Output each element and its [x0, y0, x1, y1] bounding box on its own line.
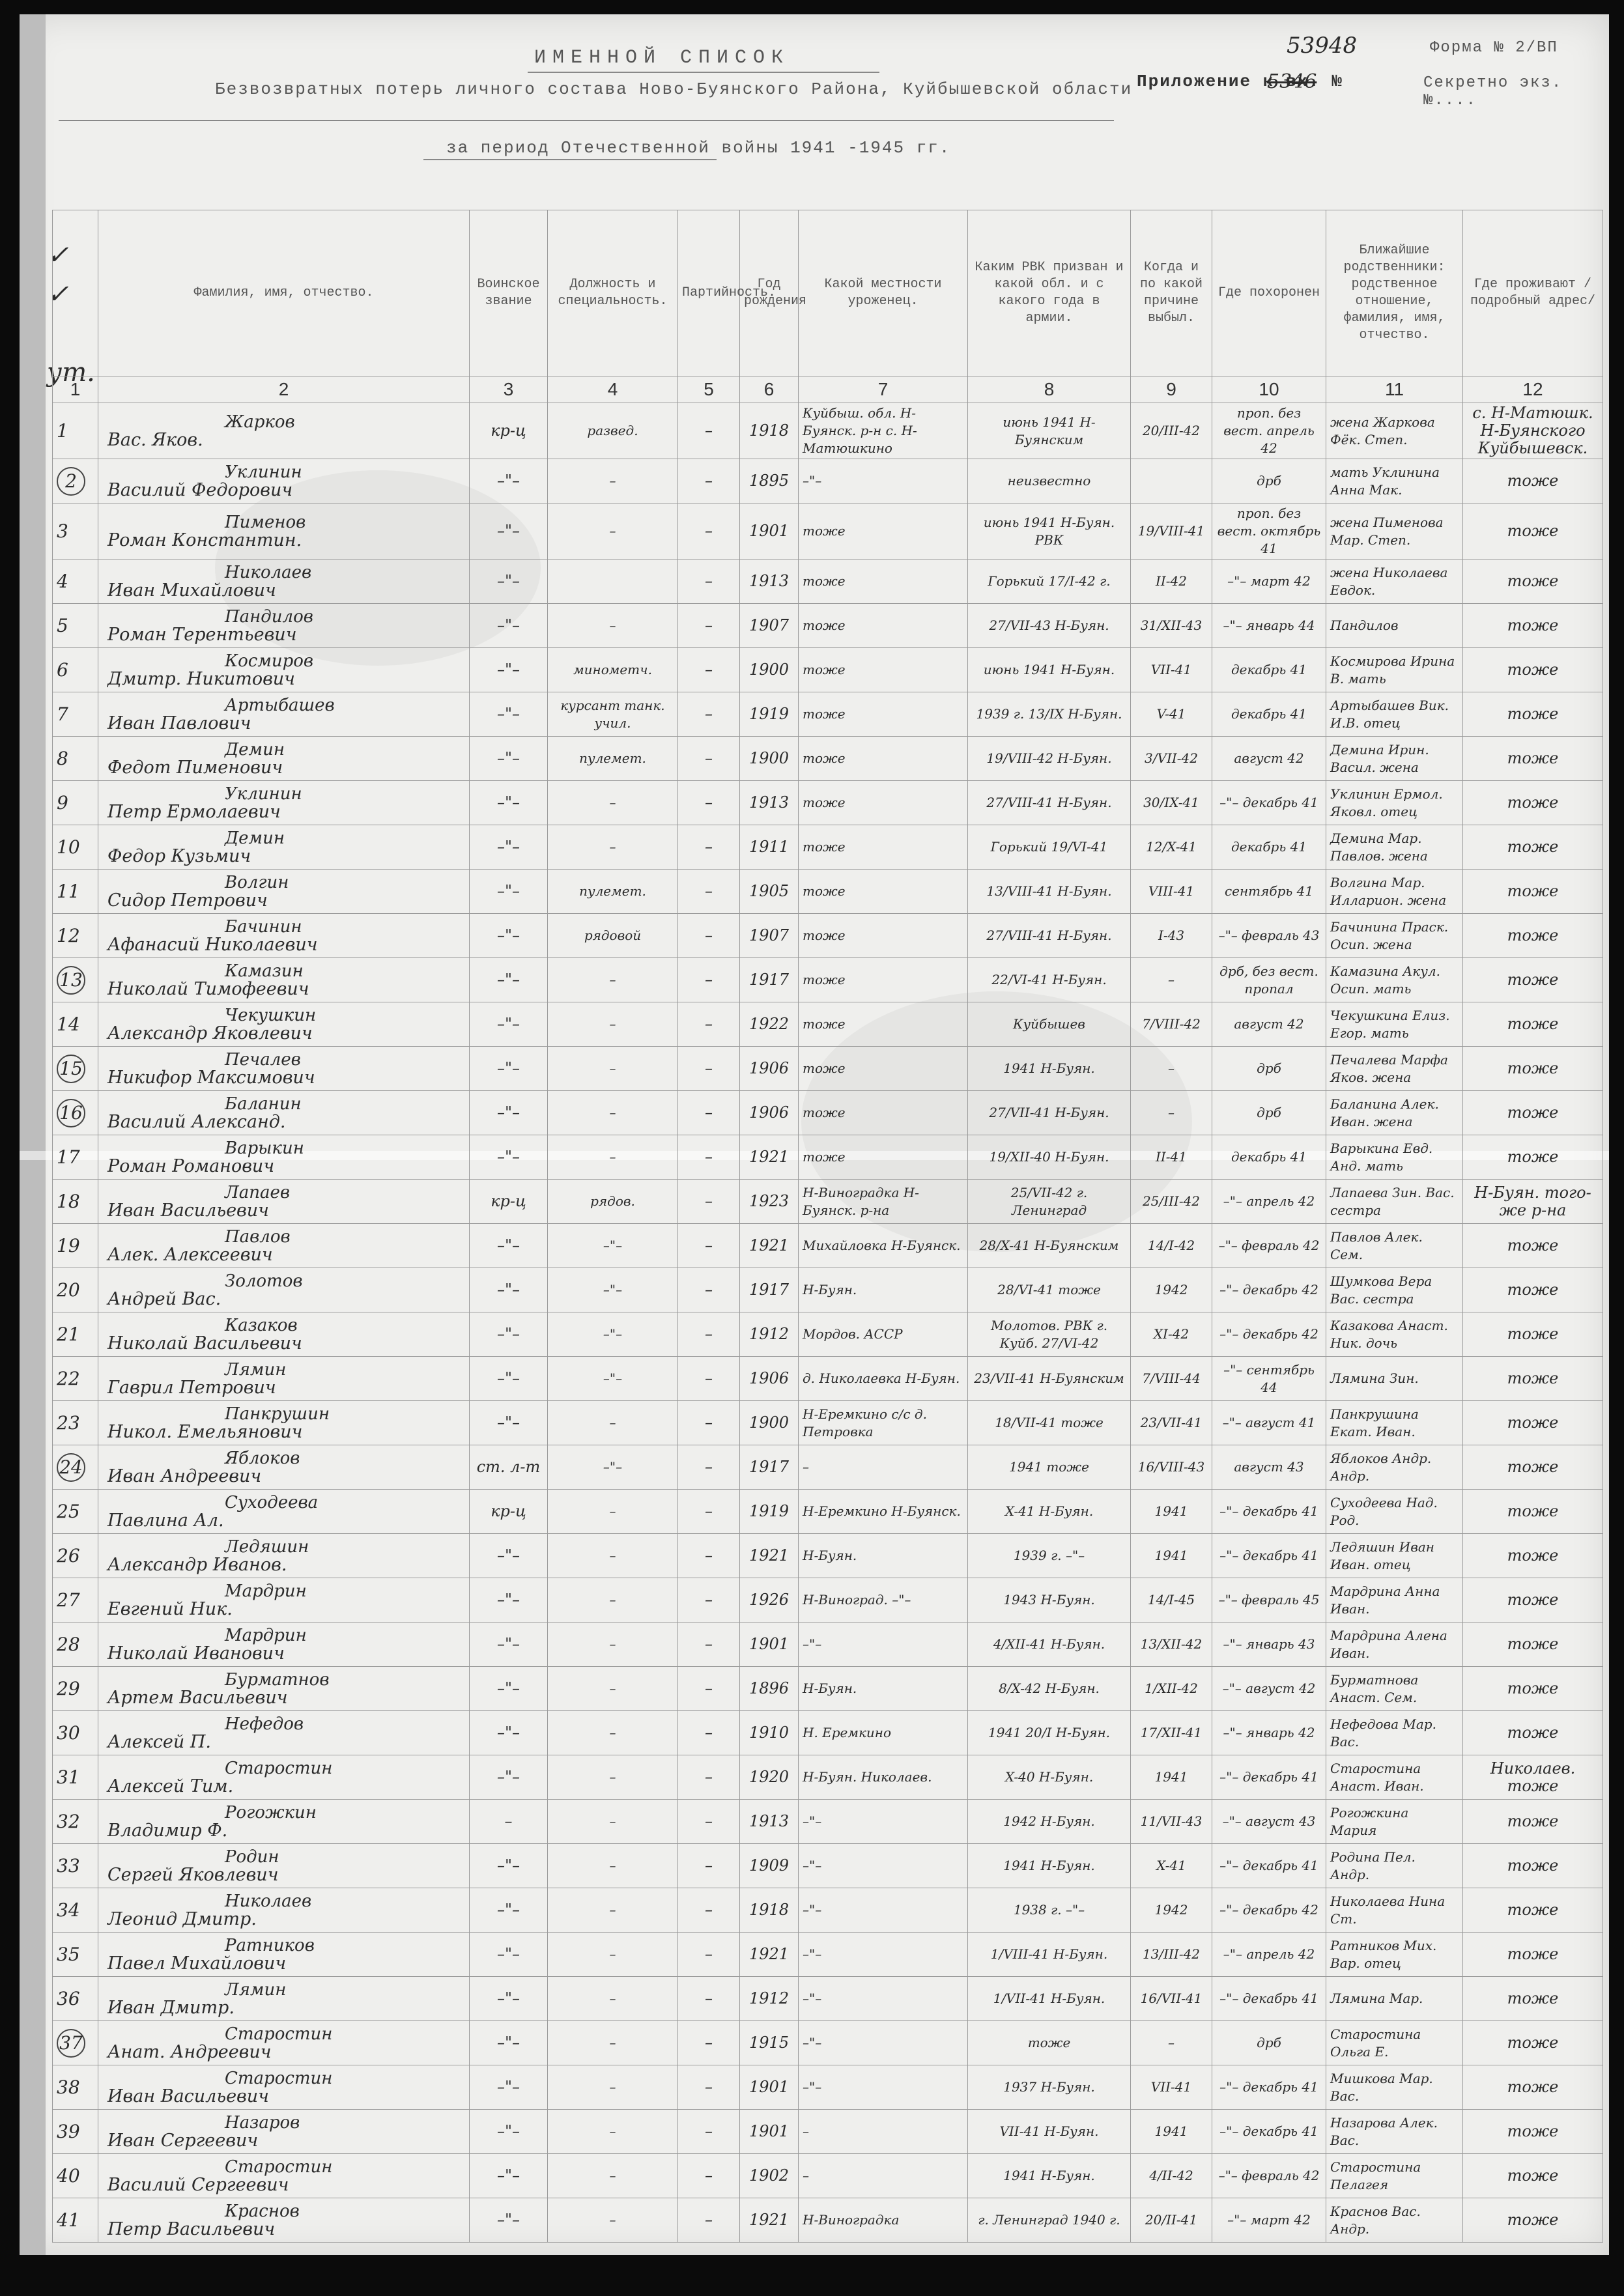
position: пулемет.	[548, 737, 678, 781]
given-names: Дмитр. Никитович	[107, 670, 465, 688]
military-rank: –"–	[470, 1711, 548, 1755]
draft-office: 1941 Н-Буян.	[968, 2154, 1131, 2198]
party-membership: –	[678, 1224, 740, 1268]
full-name: ПименовРоман Константин.	[98, 503, 470, 560]
birth-year: 1900	[740, 648, 799, 692]
draft-office: 4/XII-41 Н-Буян.	[968, 1623, 1131, 1667]
birthplace: тоже	[799, 1002, 968, 1047]
row-number: 23	[53, 1401, 98, 1445]
table-row: 14ЧекушкинАлександр Яковлевич–"–––1922то…	[53, 1002, 1603, 1047]
surname: Камазин	[107, 963, 465, 980]
table-row: 9УклининПетр Ермолаевич–"–––1913тоже27/V…	[53, 781, 1603, 825]
given-names: Иван Васильевич	[107, 2088, 465, 2105]
date-of-loss: 1/XII-42	[1131, 1667, 1212, 1711]
given-names: Никифор Максимович	[107, 1069, 465, 1086]
full-name: НиколаевЛеонид Дмитр.	[98, 1888, 470, 1933]
position: –	[548, 1578, 678, 1623]
table-row: 28МардринНиколай Иванович–"–––1901–"–4/X…	[53, 1623, 1603, 1667]
birth-year: 1913	[740, 560, 799, 604]
table-row: 40СтаростинВасилий Сергеевич–"–––1902–19…	[53, 2154, 1603, 2198]
military-rank: –"–	[470, 1933, 548, 1977]
relative-address: тоже	[1463, 1002, 1603, 1047]
relative-address: тоже	[1463, 1135, 1603, 1180]
date-of-loss: 17/XII-41	[1131, 1711, 1212, 1755]
surname: Старостин	[107, 2026, 465, 2043]
date-of-loss: 19/VIII-41	[1131, 503, 1212, 560]
surname: Мардрин	[107, 1583, 465, 1600]
row-number: 33	[53, 1844, 98, 1888]
party-membership: –	[678, 2198, 740, 2243]
party-membership: –	[678, 1401, 740, 1445]
date-of-loss: 20/II-41	[1131, 2198, 1212, 2243]
birth-year: 1921	[740, 1224, 799, 1268]
party-membership: –	[678, 560, 740, 604]
birth-year: 1900	[740, 1401, 799, 1445]
draft-office: 1/VII-41 Н-Буян.	[968, 1977, 1131, 2021]
birth-year: 1900	[740, 737, 799, 781]
birthplace: Н-Виноградка	[799, 2198, 968, 2243]
military-rank: –"–	[470, 2154, 548, 2198]
birth-year: 1910	[740, 1711, 799, 1755]
table-row: 35РатниковПавел Михайлович–"–––1921–"–1/…	[53, 1933, 1603, 1977]
full-name: ДеминФедор Кузьмич	[98, 825, 470, 870]
date-of-loss: 1941	[1131, 1490, 1212, 1534]
draft-office: X-41 Н-Буян.	[968, 1490, 1131, 1534]
military-rank: кр-ц	[470, 1490, 548, 1534]
draft-office: 22/VI-41 Н-Буян.	[968, 958, 1131, 1002]
given-names: Сидор Петрович	[107, 892, 465, 909]
date-of-loss: –	[1131, 2021, 1212, 2065]
birth-year: 1913	[740, 781, 799, 825]
position: –	[548, 958, 678, 1002]
relative-address: тоже	[1463, 1578, 1603, 1623]
surname: Рогожкин	[107, 1804, 465, 1822]
relative-address: тоже	[1463, 737, 1603, 781]
position: –	[548, 1755, 678, 1800]
military-rank: –"–	[470, 560, 548, 604]
birth-year: 1918	[740, 403, 799, 459]
full-name: КазаковНиколай Васильевич	[98, 1312, 470, 1357]
next-of-kin: Варыкина Евд. Анд. мать	[1326, 1135, 1463, 1180]
party-membership: –	[678, 1755, 740, 1800]
column-number: 6	[740, 376, 799, 403]
surname: Жарков	[107, 414, 465, 431]
date-of-loss: XI-42	[1131, 1312, 1212, 1357]
birthplace: –	[799, 1445, 968, 1490]
birth-year: 1919	[740, 692, 799, 737]
birthplace: д. Николаевка Н-Буян.	[799, 1357, 968, 1401]
birthplace: Н. Еремкино	[799, 1711, 968, 1755]
position: –	[548, 825, 678, 870]
next-of-kin: Старостина Анаст. Иван.	[1326, 1755, 1463, 1800]
full-name: КосмировДмитр. Никитович	[98, 648, 470, 692]
row-number: 8	[53, 737, 98, 781]
position: –	[548, 1800, 678, 1844]
full-name: РодинСергей Яковлевич	[98, 1844, 470, 1888]
column-number: 7	[799, 376, 968, 403]
birth-year: 1926	[740, 1578, 799, 1623]
position: –	[548, 1623, 678, 1667]
title-underline	[528, 72, 879, 73]
table-row: 16БаланинВасилий Александ.–"–––1906тоже2…	[53, 1091, 1603, 1135]
military-rank: –"–	[470, 2021, 548, 2065]
burial-place: –"– декабрь 41	[1212, 1755, 1326, 1800]
table-body: 1ЖарковВас. Яков.кр-цразвед.–1918Куйбыш.…	[53, 403, 1603, 2243]
military-rank: –"–	[470, 2065, 548, 2110]
next-of-kin: Лямина Зин.	[1326, 1357, 1463, 1401]
relative-address: тоже	[1463, 781, 1603, 825]
position: –	[548, 1933, 678, 1977]
burial-place: –"– декабрь 41	[1212, 1977, 1326, 2021]
column-header: Воинское звание	[470, 210, 548, 376]
given-names: Николай Иванович	[107, 1645, 465, 1662]
table-header-row: Фамилия, имя, отчество.Воинское званиеДо…	[53, 210, 1603, 376]
burial-place: проп. без вест. октябрь 41	[1212, 503, 1326, 560]
row-number-text: 25	[57, 1501, 80, 1522]
position: –"–	[548, 1357, 678, 1401]
position: –"–	[548, 1445, 678, 1490]
relative-address: тоже	[1463, 1711, 1603, 1755]
birth-year: 1920	[740, 1755, 799, 1800]
burial-place: декабрь 41	[1212, 692, 1326, 737]
draft-office: 25/VII-42 г. Ленинград	[968, 1180, 1131, 1224]
row-number: 4	[53, 560, 98, 604]
burial-place: –"– январь 44	[1212, 604, 1326, 648]
subtitle-underline	[59, 120, 1114, 121]
column-number: 4	[548, 376, 678, 403]
birth-year: 1907	[740, 914, 799, 958]
military-rank: –"–	[470, 914, 548, 958]
birthplace: Н-Буян. Николаев.	[799, 1755, 968, 1800]
burial-place: –"– апрель 42	[1212, 1933, 1326, 1977]
next-of-kin: Назарова Алек. Вас.	[1326, 2110, 1463, 2154]
party-membership: –	[678, 2021, 740, 2065]
party-membership: –	[678, 1180, 740, 1224]
row-number: 6	[53, 648, 98, 692]
military-rank: –"–	[470, 1224, 548, 1268]
date-of-loss: 13/III-42	[1131, 1933, 1212, 1977]
row-number-text: 6	[57, 659, 68, 681]
military-rank: –"–	[470, 2110, 548, 2154]
row-number-text: 27	[57, 1589, 80, 1611]
position: –	[548, 2021, 678, 2065]
military-rank: –"–	[470, 1091, 548, 1135]
circled-row-number: 13	[57, 966, 85, 995]
surname: Пименов	[107, 514, 465, 531]
relative-address: тоже	[1463, 1623, 1603, 1667]
burial-place: декабрь 41	[1212, 1135, 1326, 1180]
birth-year: 1895	[740, 459, 799, 503]
birthplace: –"–	[799, 1933, 968, 1977]
row-number: 13	[53, 958, 98, 1002]
date-of-loss: 7/VIII-42	[1131, 1002, 1212, 1047]
row-number-text: 12	[57, 925, 80, 946]
surname: Назаров	[107, 2114, 465, 2132]
party-membership: –	[678, 1711, 740, 1755]
secret-label: Секретно экз.№....	[1423, 74, 1609, 109]
birth-year: 1919	[740, 1490, 799, 1534]
date-of-loss: V-41	[1131, 692, 1212, 737]
row-number: 15	[53, 1047, 98, 1091]
date-of-loss: II-41	[1131, 1135, 1212, 1180]
birthplace: тоже	[799, 692, 968, 737]
military-rank: –"–	[470, 781, 548, 825]
table-row: 32РогожкинВладимир Ф.–––1913–"–1942 Н-Бу…	[53, 1800, 1603, 1844]
position: –	[548, 2110, 678, 2154]
birthplace: –"–	[799, 1844, 968, 1888]
row-number-text: 41	[57, 2209, 80, 2231]
relative-address: тоже	[1463, 503, 1603, 560]
birthplace: тоже	[799, 870, 968, 914]
given-names: Александр Яковлевич	[107, 1025, 465, 1042]
birthplace: –"–	[799, 1888, 968, 1933]
birthplace: –	[799, 2110, 968, 2154]
table-row: 3ПименовРоман Константин.–"–––1901тожеию…	[53, 503, 1603, 560]
full-name: ВолгинСидор Петрович	[98, 870, 470, 914]
party-membership: –	[678, 1578, 740, 1623]
casualty-table: Фамилия, имя, отчество.Воинское званиеДо…	[52, 210, 1603, 2243]
row-number-text: 40	[57, 2165, 80, 2187]
row-number: 41	[53, 2198, 98, 2243]
party-membership: –	[678, 781, 740, 825]
military-rank: –	[470, 1800, 548, 1844]
table-row: 7АртыбашевИван Павлович–"–курсант танк. …	[53, 692, 1603, 737]
table-row: 31СтаростинАлексей Тим.–"–––1920Н-Буян. …	[53, 1755, 1603, 1800]
next-of-kin: жена Пименова Мар. Степ.	[1326, 503, 1463, 560]
next-of-kin: Ледяшин Иван Иван. отец	[1326, 1534, 1463, 1578]
full-name: СтаростинАлексей Тим.	[98, 1755, 470, 1800]
birth-year: 1902	[740, 2154, 799, 2198]
full-name: ПечалевНикифор Максимович	[98, 1047, 470, 1091]
burial-place: –"– август 42	[1212, 1667, 1326, 1711]
document-period: за период Отечественной войны 1941 -1945…	[446, 138, 951, 158]
birth-year: 1917	[740, 1268, 799, 1312]
table-row: 15ПечалевНикифор Максимович–"–––1906тоже…	[53, 1047, 1603, 1091]
burial-place: дрб	[1212, 459, 1326, 503]
full-name: ЛяминГаврил Петрович	[98, 1357, 470, 1401]
date-of-loss: 1941	[1131, 1755, 1212, 1800]
table-row: 25СуходееваПавлина Ал.кр-ц––1919Н-Еремки…	[53, 1490, 1603, 1534]
relative-address: тоже	[1463, 1047, 1603, 1091]
birth-year: 1906	[740, 1047, 799, 1091]
birthplace: Н-Буян.	[799, 1667, 968, 1711]
next-of-kin: Лямина Мар.	[1326, 1977, 1463, 2021]
row-number: 29	[53, 1667, 98, 1711]
military-rank: –"–	[470, 737, 548, 781]
row-number-text: 1	[57, 420, 68, 442]
burial-place: –"– декабрь 41	[1212, 1490, 1326, 1534]
position: –	[548, 459, 678, 503]
table-row: 37СтаростинАнат. Андреевич–"–––1915–"–то…	[53, 2021, 1603, 2065]
next-of-kin: Уклинин Ермол. Яковл. отец	[1326, 781, 1463, 825]
row-number: 26	[53, 1534, 98, 1578]
birth-year: 1905	[740, 870, 799, 914]
given-names: Роман Константин.	[107, 531, 465, 549]
date-of-loss: 1942	[1131, 1888, 1212, 1933]
birthplace: тоже	[799, 503, 968, 560]
burial-place: август 42	[1212, 737, 1326, 781]
party-membership: –	[678, 1490, 740, 1534]
archive-number: 53948	[1287, 33, 1357, 59]
draft-office: 23/VII-41 Н-Буянским	[968, 1357, 1131, 1401]
relative-address: с. Н-Матюшк. Н-Буянского Куйбышевск.	[1463, 403, 1603, 459]
party-membership: –	[678, 2110, 740, 2154]
draft-office: Горький 17/I-42 г.	[968, 560, 1131, 604]
date-of-loss: X-41	[1131, 1844, 1212, 1888]
column-header: Должность и специальность.	[548, 210, 678, 376]
row-number-text: 31	[57, 1766, 80, 1788]
table-row: 12БачининАфанасий Николаевич–"–рядовой–1…	[53, 914, 1603, 958]
military-rank: –"–	[470, 1135, 548, 1180]
given-names: Роман Романович	[107, 1157, 465, 1175]
date-of-loss: 20/III-42	[1131, 403, 1212, 459]
party-membership: –	[678, 1135, 740, 1180]
burial-place: август 43	[1212, 1445, 1326, 1490]
draft-office: г. Ленинград 1940 г.	[968, 2198, 1131, 2243]
relative-address: тоже	[1463, 1888, 1603, 1933]
full-name: СтаростинИван Васильевич	[98, 2065, 470, 2110]
given-names: Василий Александ.	[107, 1113, 465, 1131]
burial-place: –"– декабрь 42	[1212, 1888, 1326, 1933]
full-name: УклининПетр Ермолаевич	[98, 781, 470, 825]
period-underline	[423, 159, 717, 160]
draft-office: июнь 1941 Н-Буян.	[968, 648, 1131, 692]
military-rank: кр-ц	[470, 403, 548, 459]
military-rank: –"–	[470, 1578, 548, 1623]
next-of-kin: Старостина Ольга Е.	[1326, 2021, 1463, 2065]
military-rank: –"–	[470, 1002, 548, 1047]
date-of-loss	[1131, 459, 1212, 503]
given-names: Николай Васильевич	[107, 1335, 465, 1352]
row-number-text: 22	[57, 1368, 80, 1389]
draft-office: 18/VII-41 тоже	[968, 1401, 1131, 1445]
given-names: Артем Васильевич	[107, 1689, 465, 1707]
given-names: Андрей Вас.	[107, 1290, 465, 1308]
next-of-kin: Чекушкина Елиз. Егор. мать	[1326, 1002, 1463, 1047]
draft-office: 19/XII-40 Н-Буян.	[968, 1135, 1131, 1180]
row-number-text: 7	[57, 703, 68, 725]
next-of-kin: Нефедова Мар. Вас.	[1326, 1711, 1463, 1755]
row-number-text: 21	[57, 1324, 80, 1345]
table-row: 19ПавловАлек. Алексеевич–"––"––1921Михай…	[53, 1224, 1603, 1268]
party-membership: –	[678, 914, 740, 958]
column-number: 11	[1326, 376, 1463, 403]
burial-place: –"– февраль 43	[1212, 914, 1326, 958]
next-of-kin: Волгина Мар. Илларион. жена	[1326, 870, 1463, 914]
row-number: 16	[53, 1091, 98, 1135]
date-of-loss: 25/III-42	[1131, 1180, 1212, 1224]
relative-address: тоже	[1463, 2154, 1603, 2198]
party-membership: –	[678, 1091, 740, 1135]
position: –	[548, 2198, 678, 2243]
surname: Яблоков	[107, 1450, 465, 1467]
row-number-text: 19	[57, 1235, 80, 1256]
relative-address: тоже	[1463, 692, 1603, 737]
birth-year: 1896	[740, 1667, 799, 1711]
row-number: 37	[53, 2021, 98, 2065]
birth-year: 1901	[740, 503, 799, 560]
circled-row-number: 16	[57, 1099, 85, 1127]
draft-office: 27/VII-43 Н-Буян.	[968, 604, 1131, 648]
column-number: 5	[678, 376, 740, 403]
position: –"–	[548, 1224, 678, 1268]
given-names: Никол. Емельянович	[107, 1423, 465, 1441]
row-number-text: 14	[57, 1013, 80, 1035]
relative-address: тоже	[1463, 1977, 1603, 2021]
position: –	[548, 2065, 678, 2110]
party-membership: –	[678, 1844, 740, 1888]
next-of-kin: Космирова Ирина В. мать	[1326, 648, 1463, 692]
surname: Лямин	[107, 1361, 465, 1379]
party-membership: –	[678, 1977, 740, 2021]
date-of-loss: –	[1131, 1047, 1212, 1091]
relative-address: тоже	[1463, 1933, 1603, 1977]
column-number: 2	[98, 376, 470, 403]
date-of-loss: II-42	[1131, 560, 1212, 604]
surname: Николаев	[107, 564, 465, 582]
birth-year: 1923	[740, 1180, 799, 1224]
table-row: 8ДеминФедот Пименович–"–пулемет.–1900тож…	[53, 737, 1603, 781]
surname: Баланин	[107, 1096, 465, 1113]
next-of-kin: Камазина Акул. Осип. мать	[1326, 958, 1463, 1002]
relative-address: тоже	[1463, 2198, 1603, 2243]
next-of-kin: жена Жаркова Фёк. Степ.	[1326, 403, 1463, 459]
military-rank: –"–	[470, 1977, 548, 2021]
birth-year: 1917	[740, 1445, 799, 1490]
draft-office: Горький 19/VI-41	[968, 825, 1131, 870]
table-row: 27МардринЕвгений Ник.–"–––1926Н-Виноград…	[53, 1578, 1603, 1623]
military-rank: –"–	[470, 1667, 548, 1711]
row-number-text: 28	[57, 1634, 80, 1655]
table-row: 30НефедовАлексей П.–"–––1910Н. Еремкино1…	[53, 1711, 1603, 1755]
position: –	[548, 1888, 678, 1933]
position: развед.	[548, 403, 678, 459]
row-number: 35	[53, 1933, 98, 1977]
given-names: Иван Андреевич	[107, 1467, 465, 1485]
draft-office: 13/VIII-41 Н-Буян.	[968, 870, 1131, 914]
given-names: Николай Тимофеевич	[107, 980, 465, 998]
position: –	[548, 1490, 678, 1534]
draft-office: 1941 Н-Буян.	[968, 1047, 1131, 1091]
birth-year: 1922	[740, 1002, 799, 1047]
party-membership: –	[678, 1445, 740, 1490]
row-number-text: 38	[57, 2076, 80, 2098]
party-membership: –	[678, 648, 740, 692]
surname: Волгин	[107, 874, 465, 892]
party-membership: –	[678, 870, 740, 914]
position	[548, 560, 678, 604]
burial-place: –"– декабрь 41	[1212, 1844, 1326, 1888]
burial-place: –"– март 42	[1212, 2198, 1326, 2243]
party-membership: –	[678, 459, 740, 503]
burial-place: сентябрь 41	[1212, 870, 1326, 914]
party-membership: –	[678, 1933, 740, 1977]
relative-address: тоже	[1463, 1667, 1603, 1711]
burial-place: –"– декабрь 42	[1212, 1312, 1326, 1357]
row-number-text: 10	[57, 836, 80, 858]
position: –"–	[548, 1312, 678, 1357]
surname: Демин	[107, 830, 465, 847]
military-rank: –"–	[470, 1888, 548, 1933]
military-rank: –"–	[470, 1312, 548, 1357]
relative-address: тоже	[1463, 958, 1603, 1002]
surname: Космиров	[107, 653, 465, 670]
position: –	[548, 781, 678, 825]
date-of-loss: 14/I-42	[1131, 1224, 1212, 1268]
given-names: Леонид Дмитр.	[107, 1910, 465, 1928]
given-names: Владимир Ф.	[107, 1822, 465, 1839]
relative-address: тоже	[1463, 1534, 1603, 1578]
